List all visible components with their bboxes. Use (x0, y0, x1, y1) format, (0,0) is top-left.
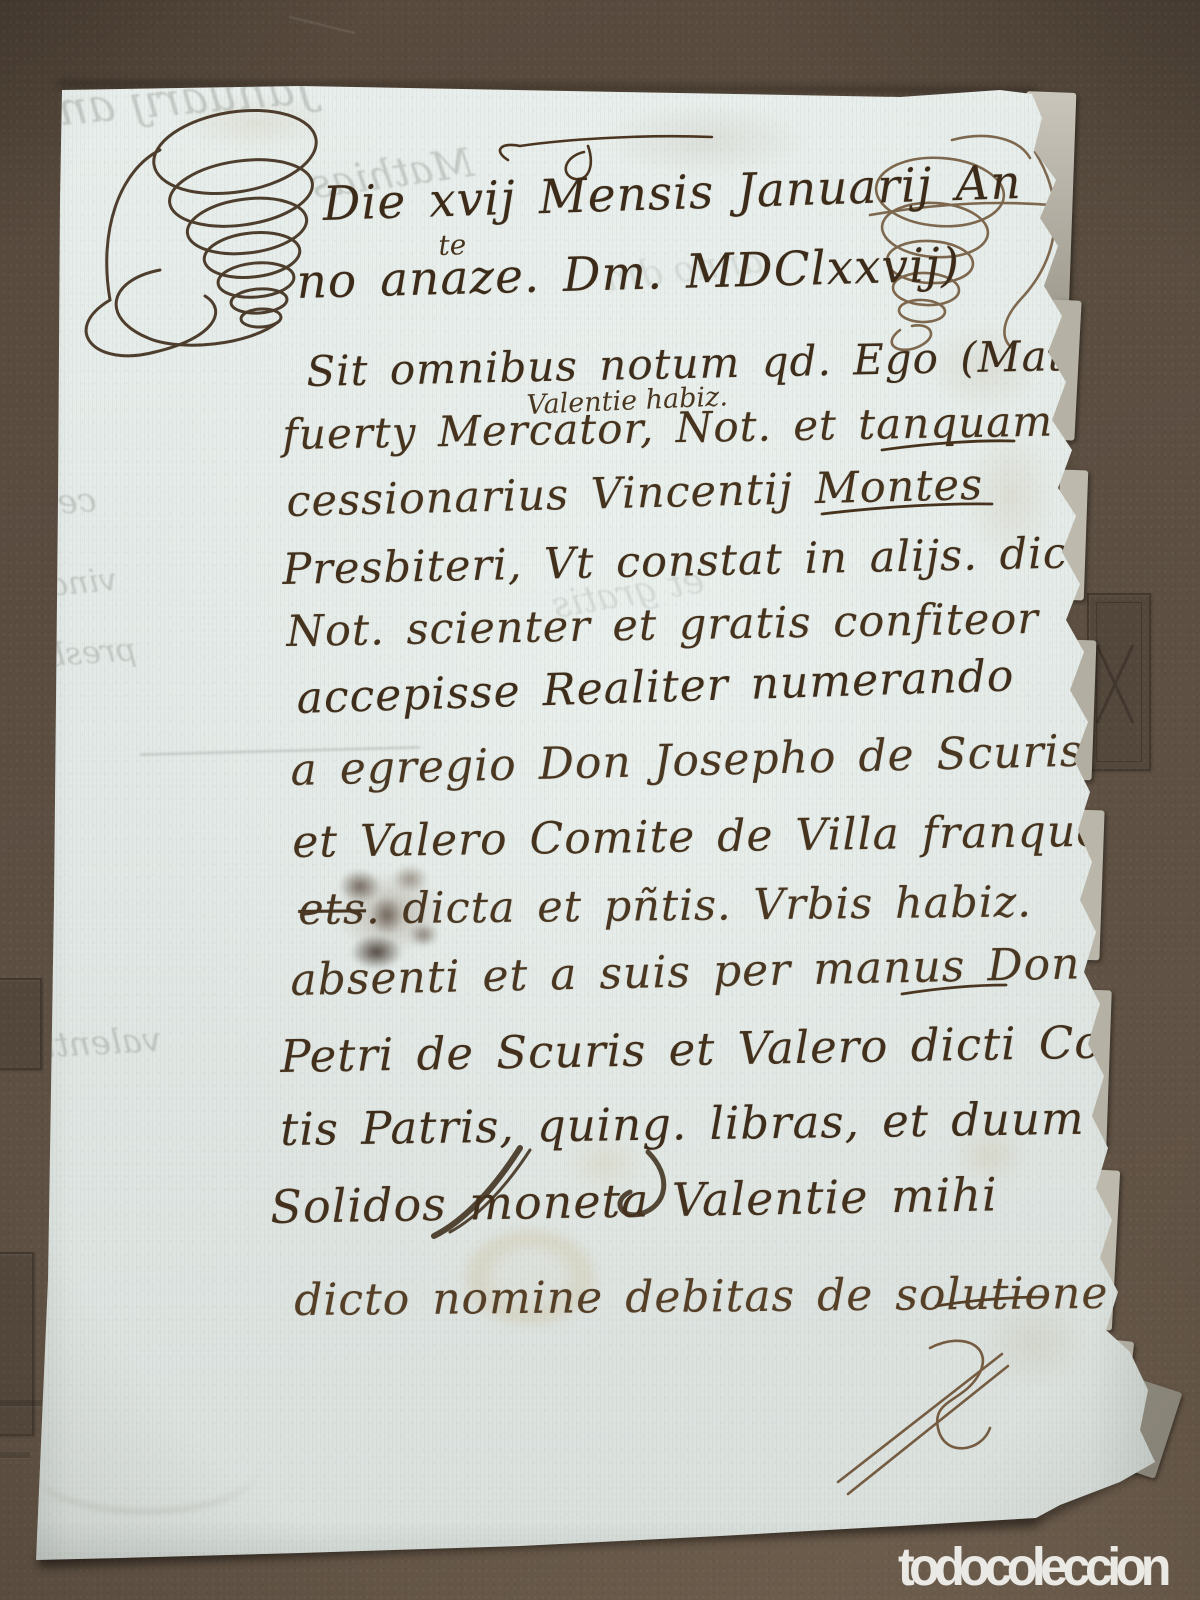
manuscript-sheet: Januarij anno Mathias cessionar vincenti… (0, 0, 1200, 1600)
embossed-mark-left (0, 978, 42, 1070)
photo-of-manuscript: Januarij anno Mathias cessionar vincenti… (0, 0, 1200, 1600)
embossed-stamp (1087, 593, 1151, 771)
paper-edge-shading (0, 0, 1200, 1600)
embossed-ridge (0, 1452, 30, 1458)
embossed-mark-left (0, 1252, 34, 1436)
site-watermark: todocoleccion (898, 1540, 1166, 1594)
embossed-stamp-border (1096, 602, 1142, 762)
